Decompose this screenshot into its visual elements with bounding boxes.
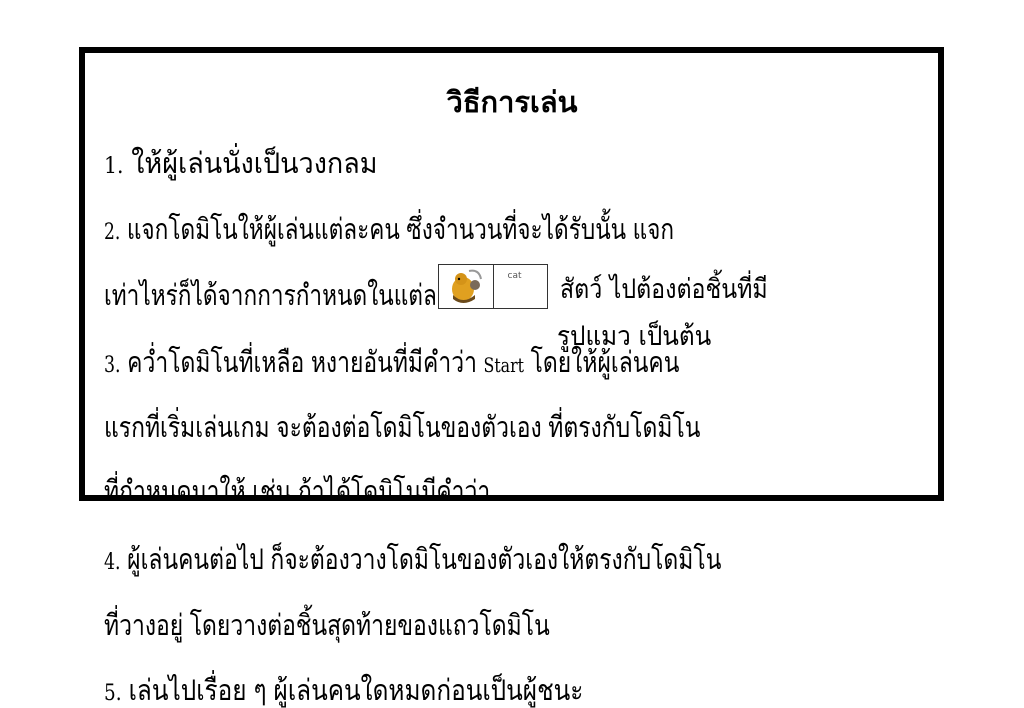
overlay-text-line-2: รูปแมว เป็นต้น bbox=[557, 317, 711, 357]
rule-1: 1. ให้ผู้เล่นนั่งเป็นวงกลม bbox=[104, 141, 378, 189]
domino-image: cat bbox=[438, 264, 548, 309]
rule-3-continuation-2: ที่กำหนดมาให้ เช่น ถ้าได้โดมิโนมีคำว่า bbox=[104, 469, 490, 513]
rule-4: 4. ผู้เล่นคนต่อไป ก็จะต้องวางโดมิโนของตั… bbox=[104, 537, 721, 585]
rule-text: แจกโดมิโนให้ผู้เล่นแต่ละคน ซึ่งจำนวนที่จ… bbox=[127, 212, 674, 246]
rule-number: 2. bbox=[104, 220, 120, 245]
rule-number: 3. bbox=[104, 353, 121, 378]
rule-text: เล่นไปเรื่อย ๆ ผู้เล่นคนใดหมดก่อนเป็นผู้… bbox=[129, 673, 584, 707]
rule-2-continuation: เท่าไหร่ก็ได้จากการกำหนดในแต่ละครั้ง bbox=[104, 273, 487, 317]
rule-text: ที่วางอยู่ โดยวางต่อชิ้นสุดท้ายของแถวโดม… bbox=[104, 608, 550, 642]
rule-2: 2. แจกโดมิโนให้ผู้เล่นแต่ละคน ซึ่งจำนวนท… bbox=[104, 207, 674, 255]
domino-left-half bbox=[439, 265, 494, 308]
rule-text: คว่ำโดมิโนที่เหลือ หงายอันที่มีคำว่า bbox=[127, 345, 477, 379]
slide: วิธีการเล่น 1. ให้ผู้เล่นนั่งเป็นวงกลม 2… bbox=[0, 0, 1024, 708]
slide-title: วิธีการเล่น bbox=[0, 80, 1024, 124]
domino-right-half: cat bbox=[494, 265, 548, 308]
rule-number: 4. bbox=[104, 550, 121, 575]
rule-text: ให้ผู้เล่นนั่งเป็นวงกลม bbox=[131, 146, 377, 180]
overlay-text: สัตว์ ไปต้องต่อชิ้นที่มี bbox=[560, 274, 768, 305]
domino-label: cat bbox=[508, 271, 522, 281]
rule-text: เท่าไหร่ก็ได้จากการกำหนดในแต่ละครั้ง bbox=[104, 278, 487, 312]
rule-number: 5. bbox=[104, 681, 122, 706]
rule-text: ที่กำหนดมาให้ เช่น ถ้าได้โดมิโนมีคำว่า bbox=[104, 474, 490, 508]
rule-number: 1. bbox=[104, 154, 124, 179]
cat-picture-icon bbox=[439, 265, 493, 307]
overlay-text: รูปแมว เป็นต้น bbox=[557, 321, 711, 352]
start-word: Start bbox=[484, 353, 524, 377]
rule-5: 5. เล่นไปเรื่อย ๆ ผู้เล่นคนใดหมดก่อนเป็น… bbox=[104, 668, 583, 708]
overlay-text-line-1: สัตว์ ไปต้องต่อชิ้นที่มี bbox=[560, 270, 768, 310]
rule-text: แรกที่เริ่มเล่นเกม จะต้องต่อโดมิโนของตัว… bbox=[104, 410, 700, 444]
rule-4-continuation: ที่วางอยู่ โดยวางต่อชิ้นสุดท้ายของแถวโดม… bbox=[104, 603, 550, 647]
rule-text: ผู้เล่นคนต่อไป ก็จะต้องวางโดมิโนของตัวเอ… bbox=[127, 542, 721, 576]
rule-3-continuation: แรกที่เริ่มเล่นเกม จะต้องต่อโดมิโนของตัว… bbox=[104, 405, 700, 449]
